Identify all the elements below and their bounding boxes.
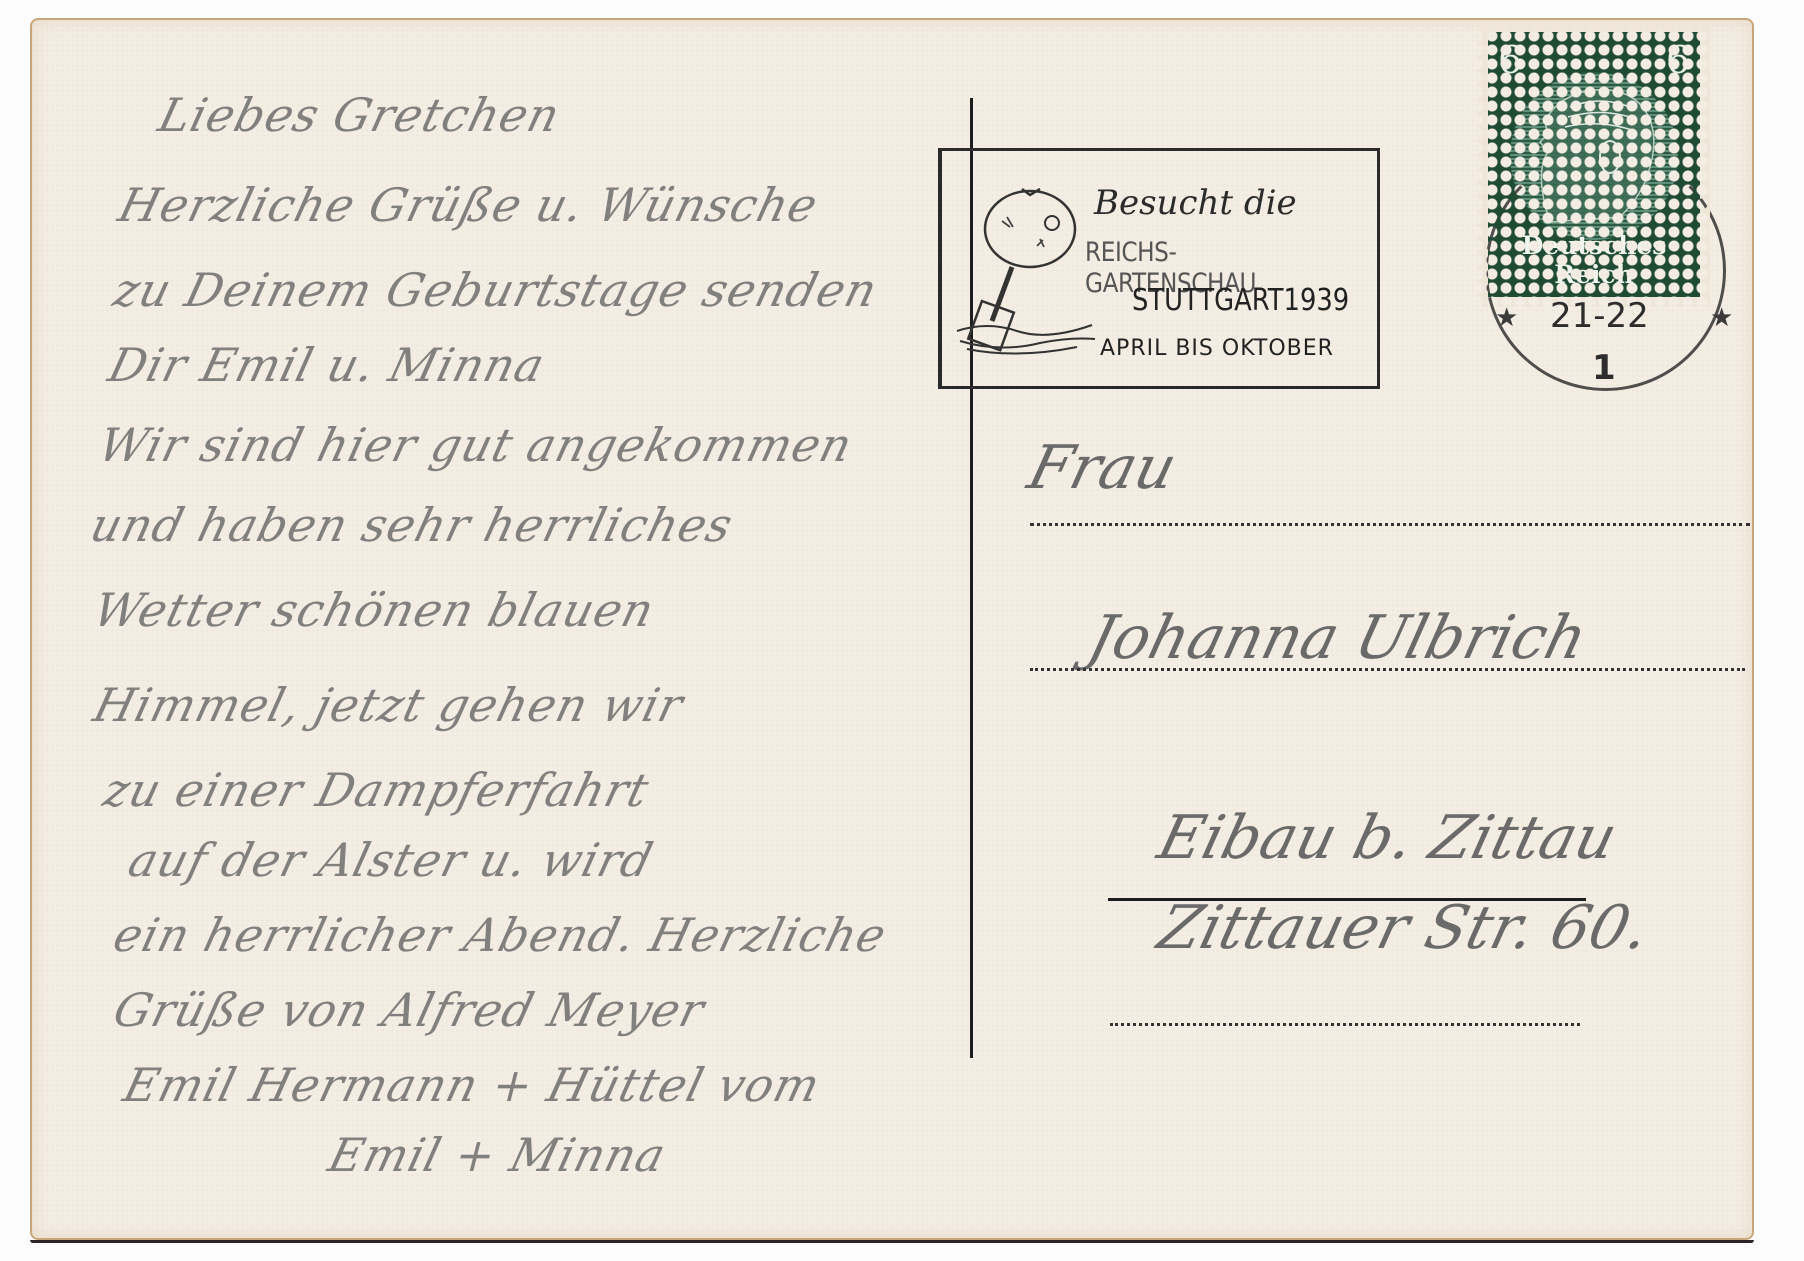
message-line: auf der Alster u. wird [123, 833, 659, 887]
postage-stamp: 6 6 Deutsches Reich [1478, 22, 1710, 307]
address-line-1 [1030, 523, 1750, 526]
hindenburg-portrait-icon [1510, 72, 1678, 240]
cancel-slogan-line4: APRIL BIS OKTOBER [1100, 336, 1334, 361]
address-line-2 [1030, 668, 1745, 671]
message-line: zu einer Dampferfahrt [98, 763, 655, 817]
address-town: Eibau b. Zittau [1151, 803, 1623, 873]
cancel-slogan-line3: STUTTGART1939 [1132, 283, 1349, 318]
message-line: zu Deinem Geburtstage senden [108, 263, 883, 317]
postmark-star-icon: ★ [1495, 303, 1518, 333]
postcard: Liebes Gretchen Herzliche Grüße u. Wünsc… [30, 18, 1754, 1240]
message-line: Himmel, jetzt gehen wir [88, 678, 689, 732]
message-line: Dir Emil u. Minna [103, 338, 550, 392]
cancel-slogan-line1: Besucht die [1094, 183, 1297, 223]
garden-spade-emblem-icon [952, 181, 1102, 356]
postmark-time: 21-22 [1550, 296, 1649, 336]
postmark-star-icon: ★ [1710, 303, 1733, 333]
message-line: Wir sind hier gut angekommen [93, 418, 858, 472]
address-salutation: Frau [1021, 433, 1183, 503]
message-line: und haben sehr herrliches [85, 498, 738, 552]
address-street: Zittauer Str. 60. [1151, 893, 1656, 963]
message-line: Emil Hermann + Hüttel vom [118, 1058, 826, 1112]
address-name: Johanna Ulbrich [1081, 603, 1593, 673]
message-line: Liebes Gretchen [153, 88, 566, 142]
stamp-country: Deutsches Reich [1488, 231, 1700, 289]
address-line-4 [1110, 1023, 1580, 1026]
message-line: Herzliche Grüße u. Wünsche [113, 178, 823, 232]
message-line: ein herrlicher Abend. Herzliche [108, 908, 892, 962]
message-line: Wetter schönen blauen [88, 583, 660, 637]
message-line: Grüße von Alfred Meyer [108, 983, 710, 1037]
slogan-cancel: Besucht die REICHS-GARTENSCHAU STUTTGART… [938, 148, 1380, 389]
message-line: Emil + Minna [323, 1128, 671, 1182]
postmark-office-number: 1 [1592, 348, 1616, 388]
